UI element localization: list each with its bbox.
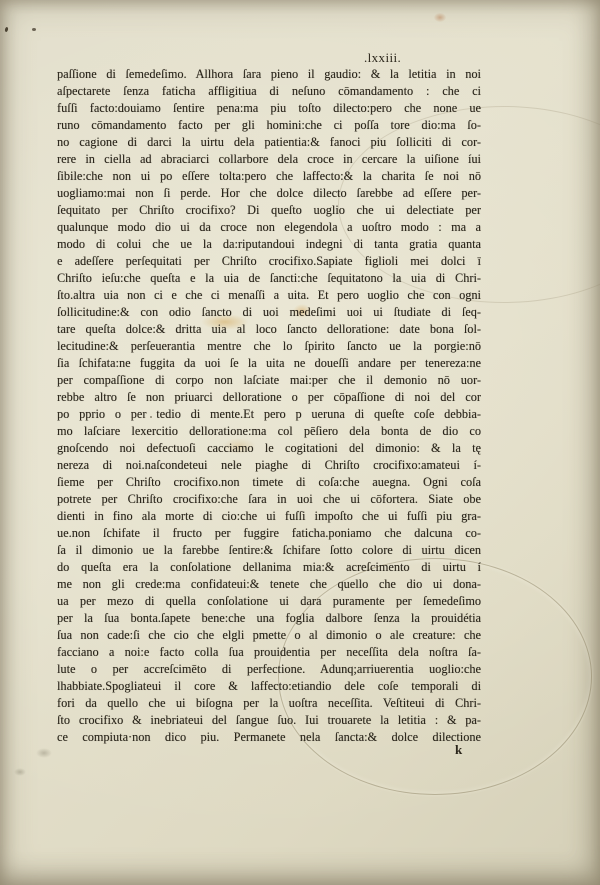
text-line: mo laſciare lexercitio delloratione:ma c… [57,423,481,440]
folio-number: .lxxiii. [364,50,401,65]
text-line: rere in ciella ad abraciarci collarbore … [57,151,481,168]
text-line: paſſione di ſemedeſimo. Allhora ſara pie… [57,66,481,83]
text-line: dienti in fino ala morte di cio:che ui f… [57,508,481,525]
text-line: ſua non cade:ſi che cio che elgli pmette… [57,627,481,644]
text-line: do queſta era la conſolatione dellanima … [57,559,481,576]
text-line: ſa il dimonio ue la farebbe ſentire:& ſc… [57,542,481,559]
text-line: e adeſſere perſequitati per Chriſto croc… [57,253,481,270]
text-line: lecitudine:& perſeuerantia mentre che lo… [57,338,481,355]
text-line: rebbe altro ſe non priuarci delloratione… [57,389,481,406]
ink-speck [4,27,8,33]
text-line: ſollicitudine:& con odio ſancto di uoi m… [57,304,481,321]
text-line: qualunque modo dio ui da croce non elege… [57,219,481,236]
text-line: lhabbiate.Spogliateui il core & laffecto… [57,678,481,695]
text-line: aſpectarete ſenza faticha affligitiua di… [57,83,481,100]
text-line: runo cōmandamento facto per gli homini:c… [57,117,481,134]
foxing-stain [434,13,446,22]
book-page-scan: .lxxiii. paſſione di ſemedeſimo. Allhora… [0,0,600,885]
text-block: paſſione di ſemedeſimo. Allhora ſara pie… [57,66,481,746]
text-line: ſibile:che non ui po eſſere tolta:pero c… [57,168,481,185]
text-line: potrete per Chriſto crocifixo:che ſara i… [57,491,481,508]
text-line: ce compiuta·non dico piu. Permanete nela… [57,729,481,746]
text-line: lute o per accreſcimēto di perfectione. … [57,661,481,678]
text-line: ua per mezo di quella conſolatione ui da… [57,593,481,610]
text-line: ſequitato per Chriſto crocifixo? Di queſ… [57,202,481,219]
text-line: ſto.altra uia non ci e che ci menaſſi a … [57,287,481,304]
text-line: facciano a noi:e facto colla ſua prouide… [57,644,481,661]
ink-speck [32,28,36,31]
text-line: po pprio o per tedio di mente.Et pero p … [57,406,481,423]
text-line: nereza di noi.naſcondeteui nele piaghe d… [57,457,481,474]
text-line: ſto crocifixo & inebriateui del ſangue ſ… [57,712,481,729]
text-line: fori da quello che ui biſogna per la uoſ… [57,695,481,712]
pencil-smudge [14,768,26,776]
text-line: ſia ſchifata:ne fuggita da uoi ſe la uit… [57,355,481,372]
text-line: per la ſua bonta.ſapete bene:che una fog… [57,610,481,627]
text-line: fuſſi facto:douiamo ſentire pena:ma piu … [57,100,481,117]
text-line: Chriſto ieſu:che queſta e la uia de ſanc… [57,270,481,287]
text-line: tare queſta dolce:& dritta uia al loco ſ… [57,321,481,338]
text-line: no cagione di darci la uirtu dela patien… [57,134,481,151]
text-line: ue.non ſchifate il fructo per fuggire fa… [57,525,481,542]
text-line: per compaſſione di corpo non laſciate ma… [57,372,481,389]
text-line: me non gli crede:ma confidateui:& tenete… [57,576,481,593]
text-line: gnoſcendo noi defectuoſi cacciamo le cog… [57,440,481,457]
signature-mark: k [455,742,462,758]
text-line: uogliamo:mai non ſi perde. Hor che dolce… [57,185,481,202]
text-line: modo di colui che ue la da:riputandoui i… [57,236,481,253]
text-line: ſieme per Chriſto crocifixo.non timete d… [57,474,481,491]
pencil-smudge [36,748,52,758]
